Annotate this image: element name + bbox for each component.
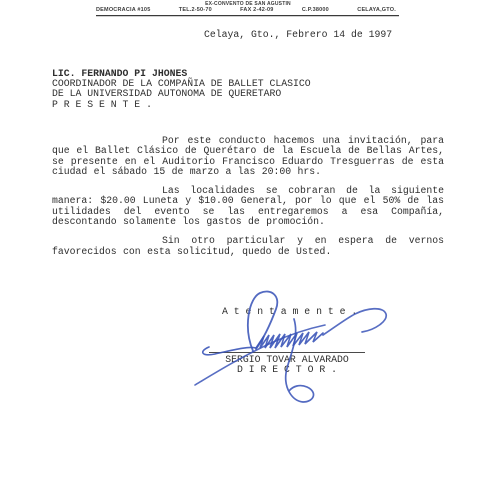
- signatory-title: D I R E C T O R .: [209, 365, 365, 375]
- body-paragraph-1: Por este conducto hacemos una invitación…: [52, 136, 444, 177]
- letterhead-postal-code: C.P.38000: [302, 7, 329, 13]
- signature-block: SERGIO TOVAR ALVARADO D I R E C T O R .: [209, 352, 365, 375]
- recipient-salutation: P R E S E N T E .: [52, 100, 311, 110]
- letterhead-address: DEMOCRACIA #105: [96, 7, 150, 13]
- signature-rule: [209, 352, 365, 353]
- letterhead-fax: FAX 2-42-09: [240, 7, 273, 13]
- signature-stroke-loop: [248, 291, 277, 351]
- letter-body: Por este conducto hacemos una invitación…: [52, 136, 444, 266]
- scanned-letter-page: EX-CONVENTO DE SAN AGUSTIN DEMOCRACIA #1…: [0, 0, 500, 500]
- letterhead-phone: TEL.2-50-70: [179, 7, 212, 13]
- date-line: Celaya, Gto., Febrero 14 de 1997: [204, 29, 392, 40]
- recipient-block: LIC. FERNANDO PI JHONES COORDINADOR DE L…: [52, 69, 311, 110]
- letterhead-rule: [96, 15, 399, 16]
- body-paragraph-3: Sin otro particular y en espera de verno…: [52, 236, 444, 257]
- closing-atentamente: A t e n t a m e n t e .: [222, 306, 357, 317]
- letterhead-contact-row: DEMOCRACIA #105 TEL.2-50-70 FAX 2-42-09 …: [96, 7, 396, 13]
- body-paragraph-2: Las localidades se cobraran de la siguie…: [52, 186, 444, 227]
- letterhead-city: CELAYA,GTO.: [357, 7, 396, 13]
- signature-ink-icon: [193, 285, 405, 410]
